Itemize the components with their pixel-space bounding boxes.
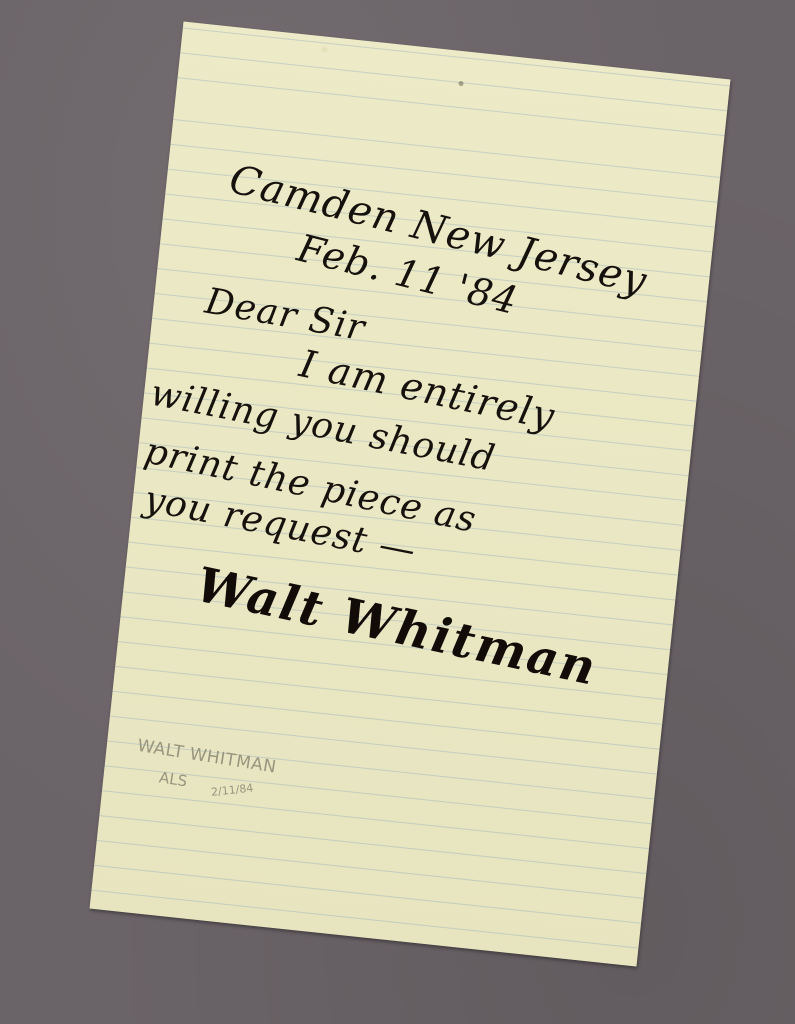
paper-spot xyxy=(321,46,328,53)
paper-spot xyxy=(458,81,463,86)
letter-sheet: Camden New Jersey Feb. 11 '84 Dear Sir I… xyxy=(89,22,730,967)
